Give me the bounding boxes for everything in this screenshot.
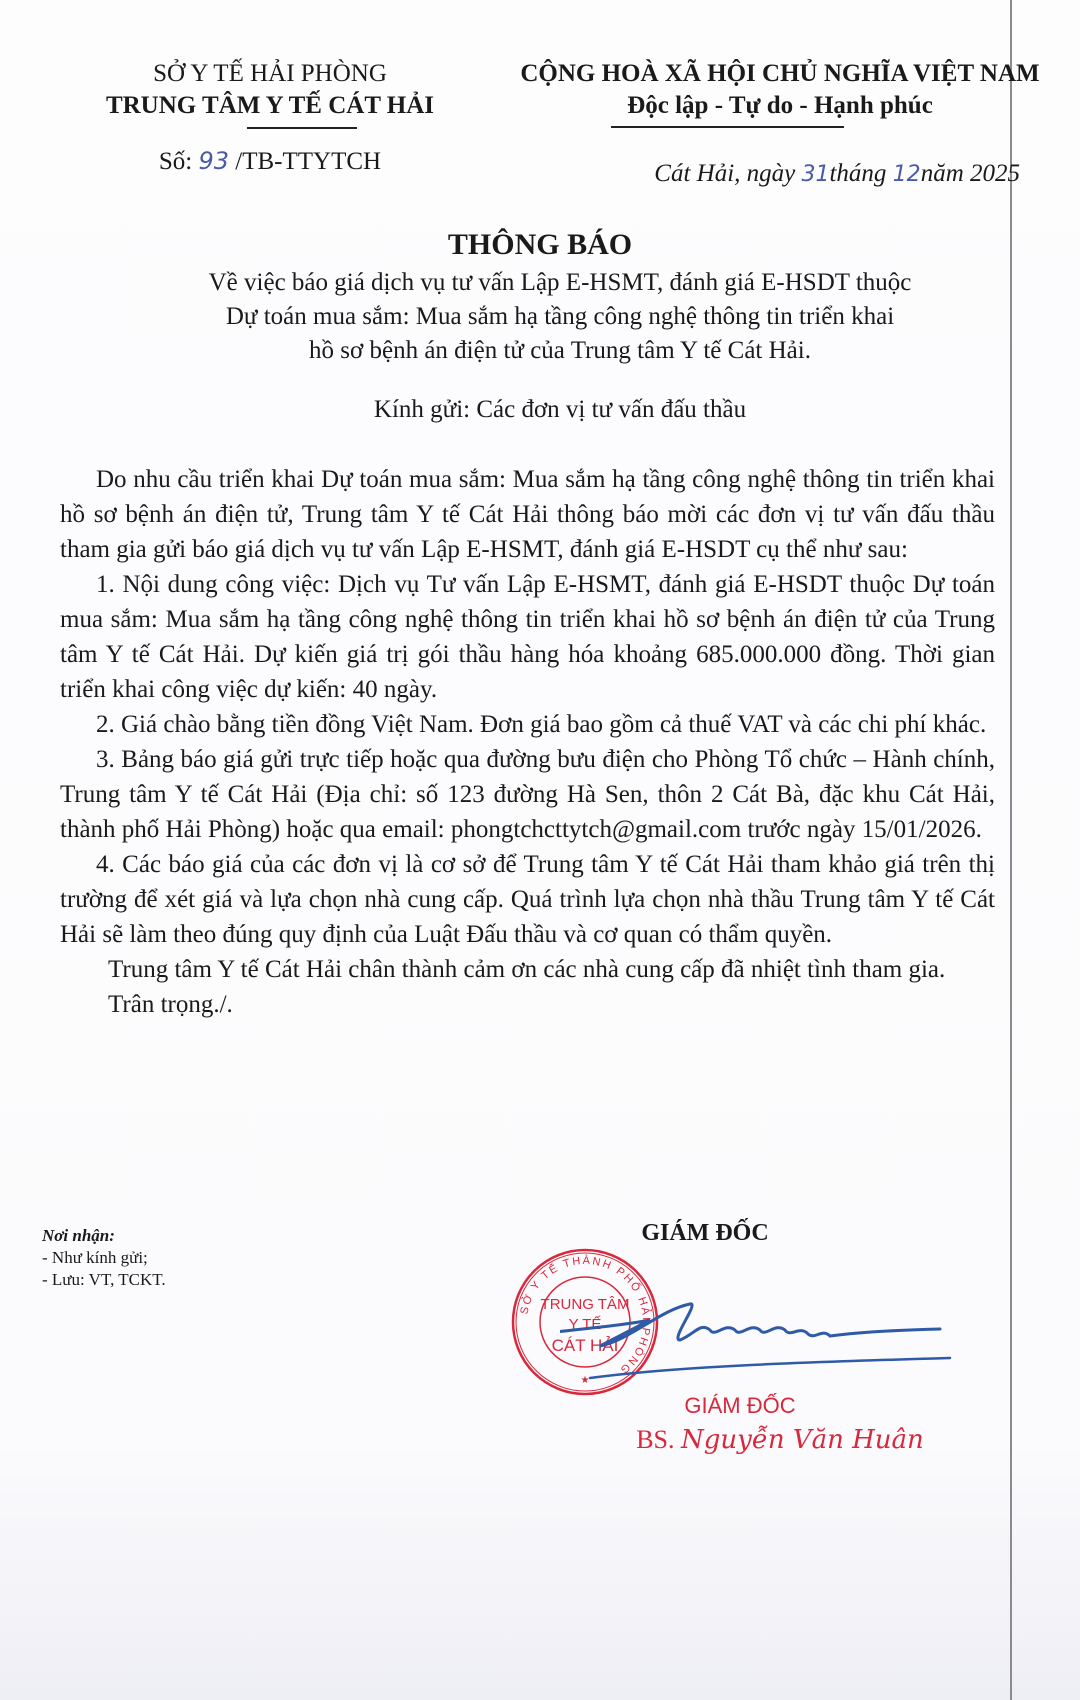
number-suffix: /TB-TTYTCH [235, 148, 381, 175]
subject-line: Dự toán mua sắm: Mua sắm hạ tầng công ng… [140, 300, 980, 334]
intro-paragraph: Do nhu cầu triển khai Dự toán mua sắm: M… [60, 462, 995, 567]
item-1: 1. Nội dung công việc: Dịch vụ Tư vấn Lậ… [60, 567, 995, 707]
organization-name: TRUNG TÂM Y TẾ CÁT HẢI [60, 90, 480, 122]
item-2: 2. Giá chào bằng tiền đồng Việt Nam. Đơn… [60, 707, 995, 742]
document-subject: Về việc báo giá dịch vụ tư vấn Lập E-HSM… [140, 266, 980, 368]
signer-prefix: BS. [636, 1425, 674, 1454]
issuer-underline [247, 127, 357, 129]
distribution-heading: Nơi nhận: [42, 1225, 442, 1247]
number-label: Số: [159, 148, 192, 175]
distribution-list: Nơi nhận: - Như kính gửi; - Lưu: VT, TCK… [42, 1225, 442, 1291]
signer-position: GIÁM ĐỐC [540, 1220, 870, 1247]
closing: Trân trọng./. [60, 987, 995, 1022]
document-date: Cát Hải, ngày 31tháng 12năm 2025 [600, 160, 1020, 188]
subject-line: hồ sơ bệnh án điện tử của Trung tâm Y tế… [140, 334, 980, 368]
signer-full-name: Nguyễn Văn Huân [681, 1425, 924, 1455]
motto: Độc lập - Tự do - Hạnh phúc [480, 90, 1080, 122]
distribution-item: - Lưu: VT, TCKT. [42, 1269, 442, 1291]
signer-name: BS. Nguyễn Văn Huân [600, 1425, 960, 1455]
date-month: 12 [893, 162, 921, 187]
item-4: 4. Các báo giá của các đơn vị là cơ sở đ… [60, 847, 995, 952]
document-number: Số: 93 /TB-TTYTCH [60, 147, 480, 176]
ministry-name: SỞ Y TẾ HẢI PHÒNG [60, 58, 480, 90]
number-value: 93 [198, 147, 229, 175]
document-body: Do nhu cầu triển khai Dự toán mua sắm: M… [60, 462, 995, 1022]
subject-line: Về việc báo giá dịch vụ tư vấn Lập E-HSM… [140, 266, 980, 300]
national-header: CỘNG HOÀ XÃ HỘI CHỦ NGHĨA VIỆT NAM Độc l… [480, 58, 1080, 122]
motto-underline [611, 126, 844, 128]
thanks-paragraph: Trung tâm Y tế Cát Hải chân thành cảm ơn… [60, 952, 995, 987]
issuer-header: SỞ Y TẾ HẢI PHÒNG TRUNG TÂM Y TẾ CÁT HẢI [60, 58, 480, 122]
addressee: Kính gửi: Các đơn vị tư vấn đấu thầu [140, 396, 980, 424]
stamped-position: GIÁM ĐỐC [620, 1393, 860, 1419]
date-day: 31 [801, 162, 829, 187]
handwritten-signature-icon [560, 1300, 960, 1390]
nation-name: CỘNG HOÀ XÃ HỘI CHỦ NGHĨA VIỆT NAM [480, 58, 1080, 90]
item-3: 3. Bảng báo giá gửi trực tiếp hoặc qua đ… [60, 742, 995, 847]
date-year: năm 2025 [921, 160, 1020, 187]
date-month-label: tháng [829, 160, 886, 187]
date-place: Cát Hải, ngày [654, 160, 795, 187]
document-title: THÔNG BÁO [0, 228, 1080, 262]
distribution-item: - Như kính gửi; [42, 1247, 442, 1269]
